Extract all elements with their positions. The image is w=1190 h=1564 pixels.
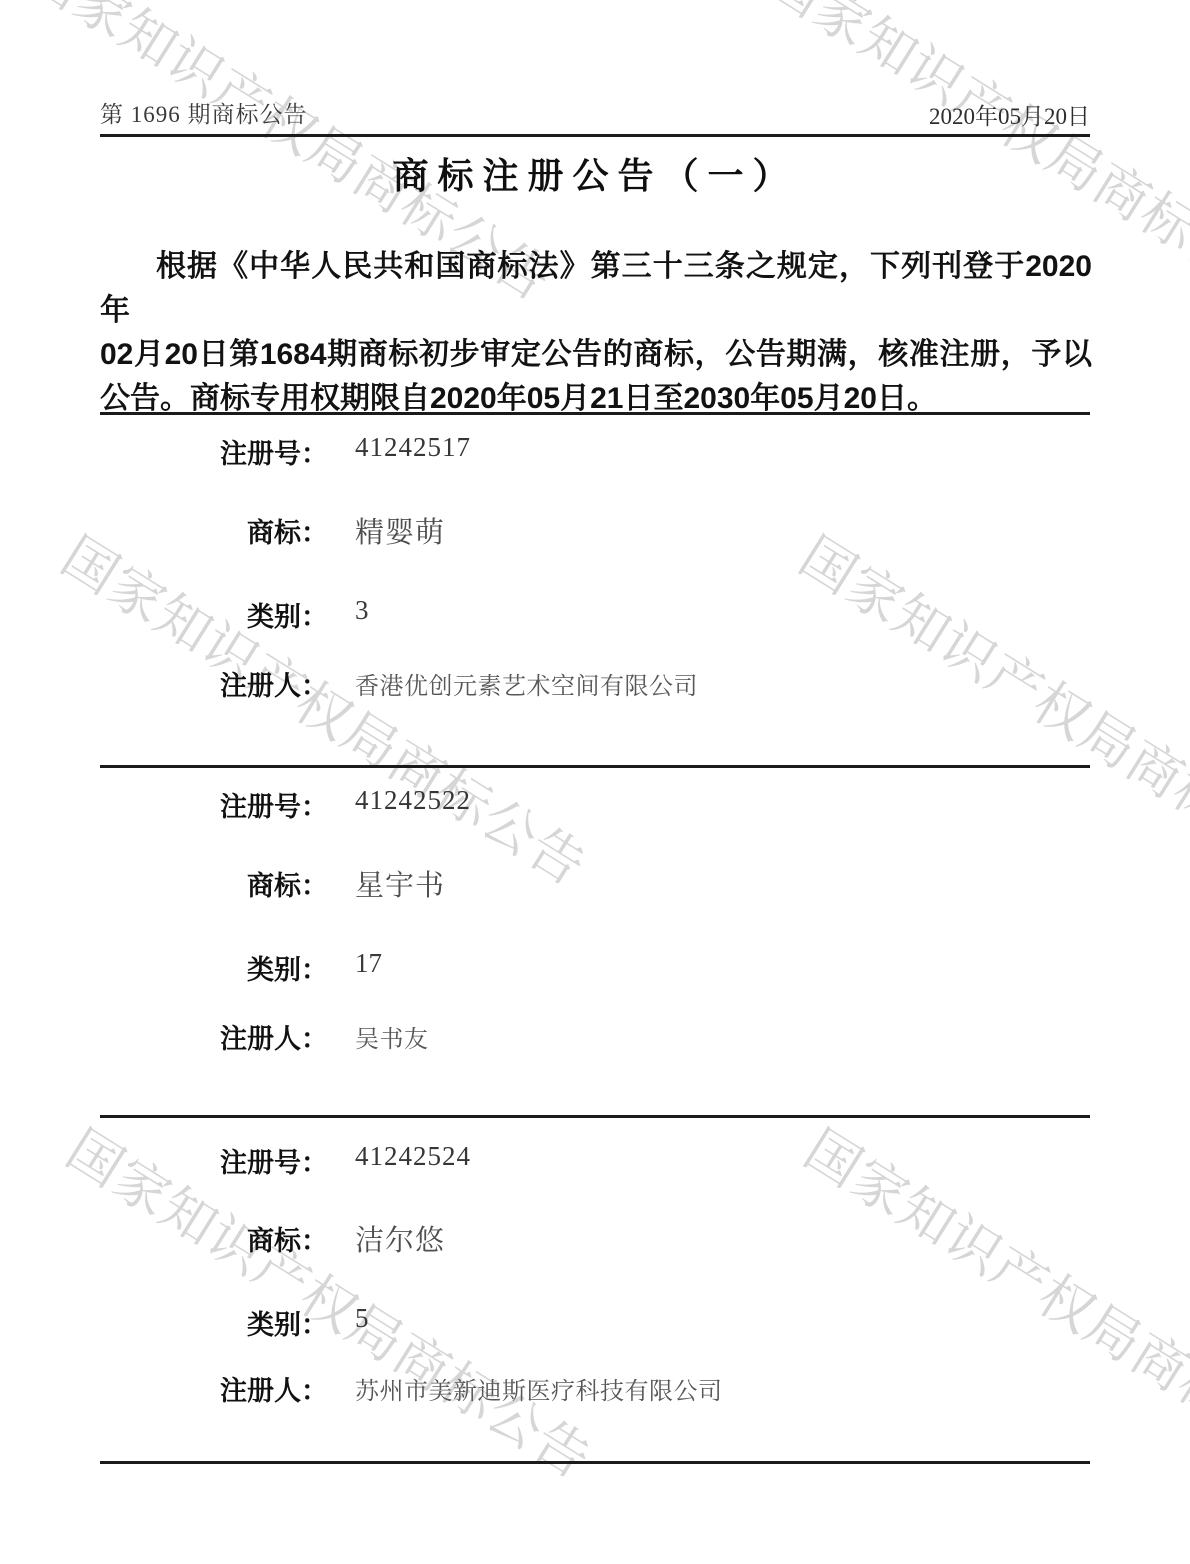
- reg-no-row: 注册号： 41242524: [0, 1141, 1190, 1177]
- category-value: 3: [355, 595, 369, 626]
- registrant-value: 香港优创元素艺术空间有限公司: [355, 666, 698, 701]
- registrant-label: 注册人：: [100, 1017, 328, 1056]
- category-row: 类别： 5: [0, 1303, 1190, 1339]
- watermark-text: 国家知识产权局商标公告: [49, 515, 603, 901]
- issue-label: 第 1696 期商标公告: [100, 96, 308, 129]
- page-title: 商标注册公告（一）: [0, 148, 1190, 199]
- header-divider: [100, 134, 1090, 137]
- reg-no-row: 注册号： 41242522: [0, 785, 1190, 821]
- category-label: 类别：: [100, 1303, 328, 1342]
- category-row: 类别： 17: [0, 948, 1190, 984]
- watermark-text: 国家知识产权局商标公告: [787, 515, 1190, 901]
- reg-no-label: 注册号：: [100, 432, 328, 471]
- intro-paragraph-line: 根据《中华人民共和国商标法》第三十三条之规定，下列刊登于2020年: [100, 245, 1092, 333]
- registrant-label: 注册人：: [100, 1369, 328, 1408]
- announcement-page: 国家知识产权局商标公告 国家知识产权局商标公告 国家知识产权局商标公告 国家知识…: [0, 0, 1190, 1564]
- trademark-row: 商标： 星宇书: [0, 864, 1190, 900]
- category-label: 类别：: [100, 948, 328, 987]
- entry-divider: [100, 1115, 1090, 1118]
- reg-no-label: 注册号：: [100, 785, 328, 824]
- trademark-label: 商标：: [100, 511, 328, 550]
- category-label: 类别：: [100, 595, 328, 634]
- trademark-value: 星宇书: [355, 863, 445, 904]
- registrant-row: 注册人： 吴书友: [0, 1017, 1190, 1053]
- reg-no-row: 注册号： 41242517: [0, 432, 1190, 468]
- reg-no-value: 41242517: [355, 432, 471, 463]
- intro-paragraph: 根据《中华人民共和国商标法》第三十三条之规定，下列刊登于2020年 02月20日…: [100, 245, 1092, 421]
- intro-paragraph-line: 02月20日第1684期商标初步审定公告的商标，公告期满，核准注册，予以: [100, 333, 1092, 377]
- trademark-label: 商标：: [100, 864, 328, 903]
- trademark-row: 商标： 洁尔悠: [0, 1219, 1190, 1255]
- trademark-value: 精婴萌: [355, 510, 445, 551]
- issue-date: 2020年05月20日: [929, 98, 1090, 131]
- reg-no-value: 41242522: [355, 785, 471, 816]
- bottom-divider: [100, 1461, 1090, 1464]
- registrant-row: 注册人： 香港优创元素艺术空间有限公司: [0, 664, 1190, 700]
- registrant-row: 注册人： 苏州市美新迪斯医疗科技有限公司: [0, 1369, 1190, 1405]
- category-value: 5: [355, 1303, 369, 1334]
- entry-divider: [100, 412, 1090, 415]
- registrant-label: 注册人：: [100, 664, 328, 703]
- trademark-row: 商标： 精婴萌: [0, 511, 1190, 547]
- reg-no-label: 注册号：: [100, 1141, 328, 1180]
- category-row: 类别： 3: [0, 595, 1190, 631]
- trademark-value: 洁尔悠: [355, 1218, 445, 1259]
- trademark-label: 商标：: [100, 1219, 328, 1258]
- category-value: 17: [355, 948, 382, 979]
- reg-no-value: 41242524: [355, 1141, 471, 1172]
- entry-divider: [100, 765, 1090, 768]
- registrant-value: 吴书友: [355, 1019, 429, 1054]
- registrant-value: 苏州市美新迪斯医疗科技有限公司: [355, 1371, 723, 1406]
